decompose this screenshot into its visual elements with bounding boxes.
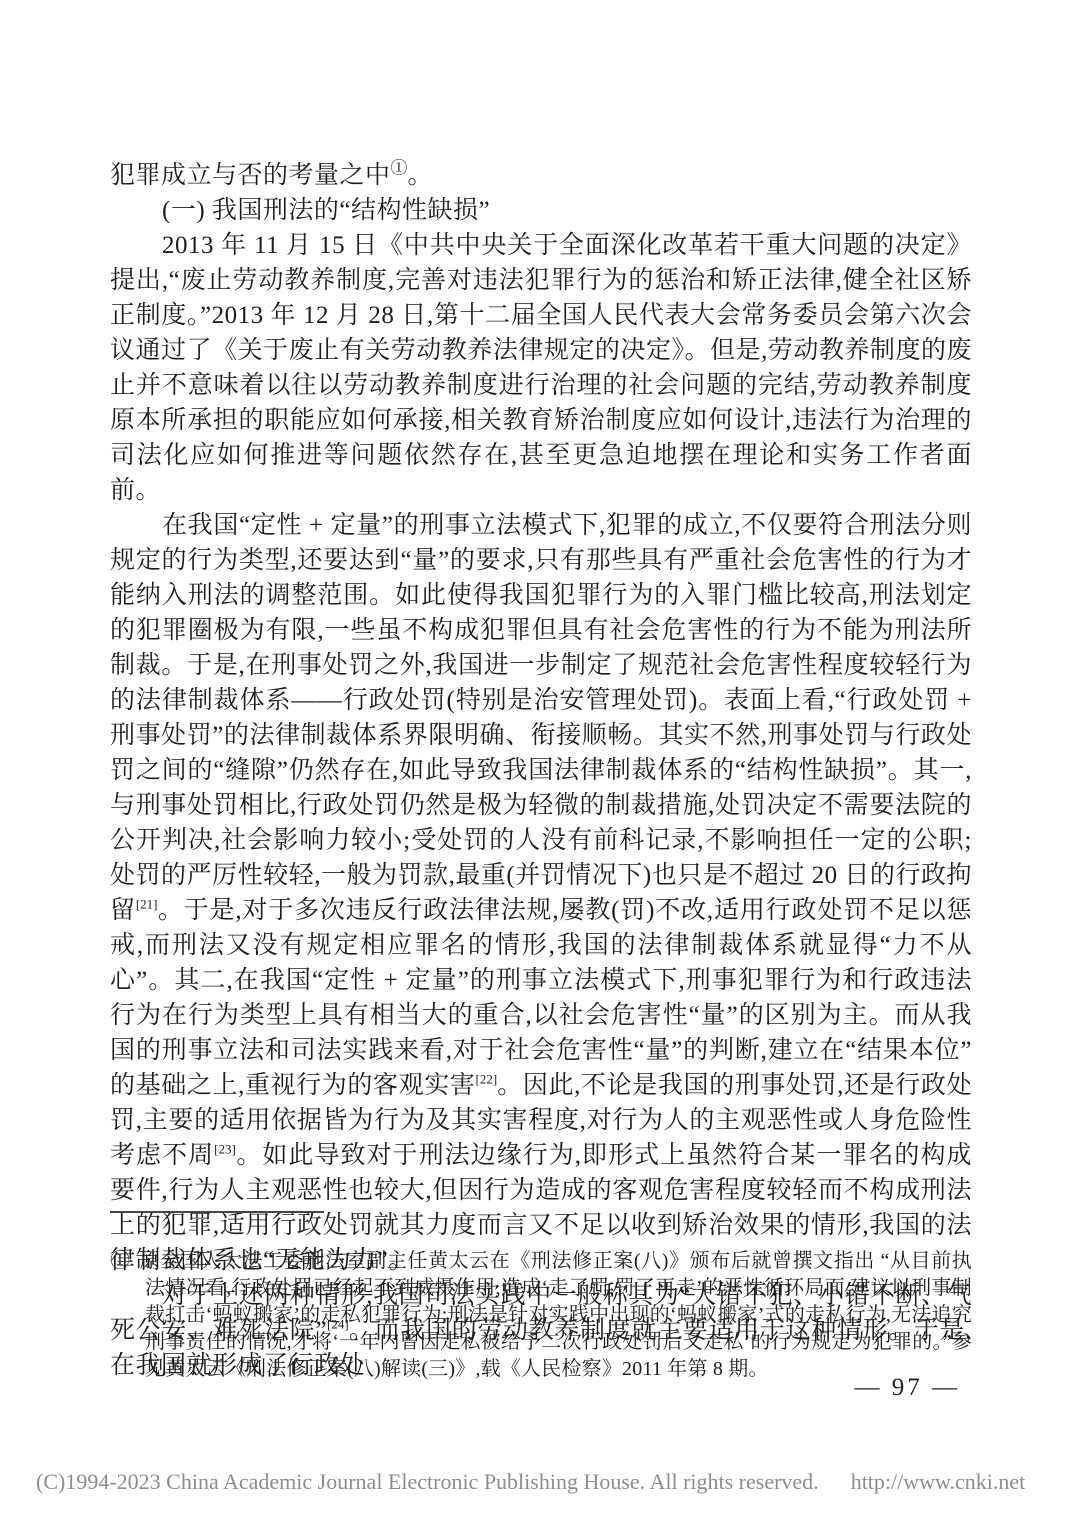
footnote: ①原全国人大法工委刑法室副主任黄太云在《刑法修正案(八)》颁布后就曾撰文指出 “… bbox=[110, 1248, 972, 1383]
body-paragraph: 在我国“定性 + 定量”的刑事立法模式下,犯罪的成立,不仅要符合刑法分则规定的行… bbox=[110, 508, 972, 1278]
citation-ref: [23] bbox=[214, 1142, 236, 1157]
citation-ref: [21] bbox=[136, 897, 158, 912]
footnote-marker: ① bbox=[110, 1250, 131, 1272]
journal-page: 犯罪成立与否的考量之中①。(一) 我国刑法的“结构性缺损”2013 年 11 月… bbox=[0, 0, 1080, 1527]
footer-url: http://www.cnki.net bbox=[851, 1469, 1026, 1494]
body-paragraph: 犯罪成立与否的考量之中①。 bbox=[110, 158, 972, 193]
article-body: 犯罪成立与否的考量之中①。(一) 我国刑法的“结构性缺损”2013 年 11 月… bbox=[110, 158, 972, 1383]
section-heading: (一) 我国刑法的“结构性缺损” bbox=[110, 193, 972, 228]
footer: (C)1994-2023 China Academic Journal Elec… bbox=[36, 1469, 1046, 1495]
footer-copyright: (C)1994-2023 China Academic Journal Elec… bbox=[36, 1469, 819, 1494]
page-number: — 97 — bbox=[855, 1374, 961, 1402]
body-paragraph: 2013 年 11 月 15 日《中共中央关于全面深化改革若干重大问题的决定》提… bbox=[110, 228, 972, 508]
footnote-ref: ① bbox=[391, 159, 408, 178]
footnote-divider bbox=[110, 1211, 324, 1213]
citation-ref: [22] bbox=[476, 1072, 498, 1087]
